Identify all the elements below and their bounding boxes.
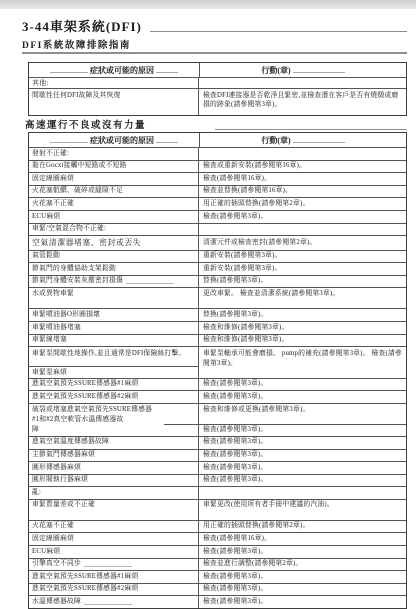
action-cell: 檢查或重新安裝(請參閱第16章)。 (199, 161, 406, 173)
action-cell (199, 224, 406, 236)
action-cell: 檢查(請參閱第3章)。 (203, 425, 268, 435)
symptom-cell: 節氣門的身體協助支架鬆動 (29, 263, 199, 275)
action-header-cell: 行動(章) (200, 63, 406, 77)
action-cell: 檢查DFI連接器是否乾淨且緊密,並檢查潛在客戶是否有燒燬或磨損的跡象(請參閱第3… (199, 89, 406, 115)
symptom-cell: 其他: (29, 78, 199, 88)
table-row: 亂: (29, 486, 406, 499)
action-cell: 檢查(請參閱第3章)。 (199, 211, 406, 223)
symptom-cell: 黏在Gocxi接觸中短路或不短路 (29, 161, 199, 173)
troubleshooting-table-misc: 症狀或可能的原因 行動(章) 其他: 間歇性任何DFI故障及其恢復 檢查DFI連… (28, 62, 407, 116)
action-cell: 檢查和維修或更換(請參閱第3章)。 (203, 405, 309, 415)
action-cell: 替換(請參閱第3章)。 (199, 276, 406, 288)
symptom-header-cell: 症狀或可能的原因 (29, 63, 200, 77)
action-cell: 檢查(請參閱第3章)。 (199, 596, 406, 608)
action-cell: 檢查(請參閱第3章)。 (199, 437, 406, 449)
troubleshooting-table-poor-running: 症狀或可能的原因 行動(章) 發射不正確: 黏在Gocxi接觸中短路或不短路 檢… (28, 132, 407, 609)
table-row: 火花塞不正確 用正確的插頭替換(請參閱第2章)。 (29, 520, 406, 533)
table-row: 其他: (29, 77, 406, 88)
table-row: 固定線圈麻煩 檢查(請參閱第16章)。 (29, 532, 406, 545)
symptom-header-cell: 症狀或可能的原因 (29, 133, 200, 147)
underline-artifact (156, 67, 178, 73)
table-row: 黏在Gocxi接觸中短路或不短路 檢查或重新安裝(請參閱第16章)。 (29, 160, 406, 173)
action-cell (199, 78, 406, 88)
table-header-row: 症狀或可能的原因 行動(章) (29, 63, 406, 77)
page-title: 3-44車架系統(DFI) (22, 16, 142, 35)
symptom-cell: 引擎真空不同步 (29, 559, 199, 571)
action-cell: 更改車緊。 檢查並清潔系統(請參閱第3章)。 (199, 288, 406, 308)
symptom-cell: 車緊質量差或不正確 (29, 500, 199, 520)
action-cell: 替換(請參閱第3章)。 (199, 309, 406, 321)
action-cell: 檢查(請參閱第3章)。 (199, 450, 406, 462)
action-cell: 檢查(請參閱第16章)。 (199, 173, 406, 185)
symptom-cell: 車緊噴油器堵塞 (29, 322, 199, 334)
symptom-cell: 車緊泵間歇性地操作,並且通常是DFI保險絲打擊。 (29, 347, 198, 366)
table-row: 固定線圈麻煩 檢查(請參閱第16章)。 (29, 172, 406, 185)
table-row: 進氣空氣預先SSURE傳感器#1麻煩 檢查(請參閱第3章)。 (29, 570, 406, 583)
symptom-cell: 車緊泵麻煩 (29, 366, 198, 378)
underline-artifact (293, 137, 345, 143)
symptom-cell: 火花塞不正確 (29, 198, 199, 210)
table-row: 主節氣門傳感器麻煩 檢查(請參閱第3章)。 (29, 449, 406, 462)
action-cell: 檢查(請參閱第3章)。 (199, 391, 406, 403)
symptom-cell: 水溫傳感器故障 (29, 596, 199, 608)
table-body-part1: 發射不正確: 黏在Gocxi接觸中短路或不短路 檢查或重新安裝(請參閱第16章)… (29, 147, 406, 346)
action-cell: 車緊更改(使用所有者手冊中建議的汽油)。 (199, 500, 406, 520)
underline-artifact (156, 137, 178, 143)
underline-artifact (50, 67, 88, 73)
action-cell-merged: 車緊泵軸承可能會磨損。 pump的補充(請參閱第3章)。 檢查(請參閱第3章)。 (199, 347, 406, 378)
table-row: 空氣清潔器堵塞、密封或丟失 清潔元件或檢查密封(請參閱第2章)。 (29, 235, 406, 250)
action-cell (199, 487, 406, 499)
action-cell: 用正確的插頭替換(請參閱第2章)。 (199, 198, 406, 210)
action-cell (199, 148, 406, 160)
table-row: ECU麻煩 檢查(請參閱第3章)。 (29, 210, 406, 223)
symptom-cell: 進氣空氣預先SSURE傳感器#1麻煩 (29, 379, 199, 391)
table-row: 車緊噴油器堵塞 檢查和維修(請參閱第3章)。 (29, 321, 406, 334)
symptom-cell: 固定線圈麻煩 (29, 173, 199, 185)
action-cell: 用正確的插頭替換(請參閱第2章)。 (199, 521, 406, 533)
symptom-cell: 水或異物車緊 (29, 288, 199, 308)
symptom-cell: 間歇性任何DFI故障及其恢復 (29, 89, 199, 115)
table-row: 車緊/空氣混合物不正確: (29, 223, 406, 236)
underline-artifact (293, 67, 345, 73)
table-row: 水溫傳感器故障 檢查(請參閱第3章)。 (29, 595, 406, 608)
action-cell: 檢查(請參閱第3章)。 (199, 462, 406, 474)
action-cell: 檢查和維修(請參閱第3章)。 (199, 335, 406, 347)
action-header-label: 行動(章) (261, 65, 290, 76)
symptom-cell: 主節氣門傳感器麻煩 (29, 450, 199, 462)
table-row: 車緊噴油器O形圈損壞 替換(請參閱第3章)。 (29, 308, 406, 321)
symptom-cell: 進氣空氣預先SSURE傳感器#2麻煩 (29, 391, 199, 403)
table-row: 水或異物車緊 更改車緊。 檢查並清潔系統(請參閱第3章)。 (29, 287, 406, 308)
table-row: 火花塞不正確 用正確的插頭替換(請參閱第2章)。 (29, 197, 406, 210)
symptom-line1: 破裂或堵塞進氣空氣預先SSURE傳感器 (32, 405, 196, 415)
action-cell: 檢查(請參閱第3章)。 (199, 584, 406, 596)
table-row: 氣管鬆動 重新安裝(請參閱第3章)。 (29, 250, 406, 263)
symptom-cell: 空氣清潔器堵塞、密封或丟失 (29, 236, 199, 250)
symptom-cell: 節氣門身體安裝灰塵密封損傷 (29, 276, 199, 288)
action-cell: 檢查並進行調整(請參閱第2章)。 (199, 559, 406, 571)
underline-artifact (50, 137, 88, 143)
symptom-cell-group: 車緊泵間歇性地操作,並且通常是DFI保險絲打擊。 車緊泵麻煩 (29, 347, 199, 378)
title-rule-line (150, 31, 407, 32)
table-body-part2: 進氣空氣預先SSURE傳感器#1麻煩 檢查(請參閱第3章)。 進氣空氣預先SSU… (29, 378, 406, 403)
table-header-row: 症狀或可能的原因 行動(章) (29, 133, 406, 147)
table-row: 節氣門的身體協助支架鬆動 重新安裝(請參閱第3章)。 (29, 262, 406, 275)
action-cell-group: 檢查和維修或更換(請參閱第3章)。 檢查(請參閱第3章)。 (199, 404, 406, 436)
action-cell: 檢查並替換(請參閱第16章)。 (199, 186, 406, 198)
pressure-sensor-hose-row: 破裂或堵塞進氣空氣預先SSURE傳感器 #1和#2真空軟管水溫傳感器故 障 檢查… (29, 403, 406, 436)
table-row: 進氣空氣預先SSURE傳感器#1麻煩 檢查(請參閱第3章)。 (29, 378, 406, 391)
table-row: ECU麻煩 檢查(請參閱第3章)。 (29, 545, 406, 558)
table-row: 引擎真空不同步 檢查並進行調整(請參閱第2章)。 (29, 558, 406, 571)
section-subtitle: DFI系統故障排除指南 (22, 37, 131, 51)
symptom-cell: 發射不正確: (29, 148, 199, 160)
action-cell: 重新安裝(請參閱第3章)。 (199, 263, 406, 275)
symptom-header-label: 症狀或可能的原因 (90, 65, 154, 76)
symptom-cell: 火花塞骯髒、破碎或縫隙不足 (29, 186, 199, 198)
symptom-cell: 車緊線堵塞 (29, 335, 199, 347)
symptom-cell: 進氣空氣預先SSURE傳感器#1麻煩 (29, 571, 199, 583)
table-row: 車緊質量差或不正確 車緊更改(使用所有者手冊中建議的汽油)。 (29, 499, 406, 520)
action-cell: 重新安裝(請參閱第3章)。 (199, 251, 406, 263)
symptom-cell: 圓形閥執行器麻煩 (29, 475, 199, 487)
symptom-cell: 氣管鬆動 (29, 251, 199, 263)
action-cell: 檢查(請參閱第3章)。 (199, 546, 406, 558)
table-body: 其他: 間歇性任何DFI故障及其恢復 檢查DFI連接器是否乾淨且緊密,並檢查潛在… (29, 77, 406, 115)
symptom-cell: 圓形傳感器麻煩 (29, 462, 199, 474)
table-row: 火花塞骯髒、破碎或縫隙不足 檢查並替換(請參閱第16章)。 (29, 185, 406, 198)
action-cell: 檢查(請參閱第3章)。 (199, 475, 406, 487)
symptom-line3: 障 (32, 425, 196, 435)
table-row: 圓形閥執行器麻煩 檢查(請參閱第3章)。 (29, 474, 406, 487)
scan-edge-shadow (0, 0, 416, 9)
table-row: 進氣空氣預先SSURE傳感器#2麻煩 檢查(請參閱第3章)。 (29, 583, 406, 596)
action-cell: 檢查和維修(請參閱第3章)。 (199, 322, 406, 334)
symptom-header-label: 症狀或可能的原因 (90, 135, 154, 146)
symptom-cell: 火花塞不正確 (29, 521, 199, 533)
symptom-cell: 車緊/空氣混合物不正確: (29, 224, 199, 236)
table-row: 車緊線堵塞 檢查和維修(請參閱第3章)。 (29, 334, 406, 347)
action-cell: 檢查(請參閱第3章)。 (199, 571, 406, 583)
table-row: 間歇性任何DFI故障及其恢復 檢查DFI連接器是否乾淨且緊密,並檢查潛在客戶是否… (29, 88, 406, 115)
symptom-cell: 車緊噴油器O形圈損壞 (29, 309, 199, 321)
table-row: 節氣門身體安裝灰塵密封損傷 替換(請參閱第3章)。 (29, 275, 406, 288)
table-body-part3: 進氣空氣溫度傳感器故障 檢查(請參閱第3章)。 主節氣門傳感器麻煩 檢查(請參閱… (29, 436, 406, 608)
table-row: 進氣空氣溫度傳感器故障 檢查(請參閱第3章)。 (29, 436, 406, 449)
symptom-cell: ECU麻煩 (29, 211, 199, 223)
symptom-cell: 破裂或堵塞進氣空氣預先SSURE傳感器 #1和#2真空軟管水溫傳感器故 障 (29, 404, 199, 436)
symptom-cell: 亂: (29, 487, 199, 499)
partial-row-divider (164, 424, 406, 425)
table-row: 發射不正確: (29, 147, 406, 160)
section-heading: 高速運行不良或沒有力量 (25, 117, 146, 131)
symptom-cell: 進氣空氣溫度傳感器故障 (29, 437, 199, 449)
symptom-cell: 進氣空氣預先SSURE傳感器#2麻煩 (29, 584, 199, 596)
symptom-cell: 固定線圈麻煩 (29, 533, 199, 545)
action-header-label: 行動(章) (261, 135, 290, 146)
action-cell: 檢查(請參閱第16章)。 (199, 533, 406, 545)
scanned-manual-page: 3-44車架系統(DFI) DFI系統故障排除指南 症狀或可能的原因 行動(章)… (0, 0, 416, 595)
action-cell: 清潔元件或檢查密封(請參閱第2章)。 (199, 236, 406, 250)
fuel-pump-merged-row: 車緊泵間歇性地操作,並且通常是DFI保險絲打擊。 車緊泵麻煩 車緊泵軸承可能會磨… (29, 346, 406, 378)
action-cell: 檢查(請參閱第3章)。 (199, 379, 406, 391)
section-rule-line (215, 129, 407, 130)
subtitle-rule-line (22, 52, 407, 54)
symptom-cell: ECU麻煩 (29, 546, 199, 558)
table-row: 進氣空氣預先SSURE傳感器#2麻煩 檢查(請參閱第3章)。 (29, 390, 406, 403)
table-row: 圓形傳感器麻煩 檢查(請參閱第3章)。 (29, 461, 406, 474)
action-header-cell: 行動(章) (200, 133, 406, 147)
